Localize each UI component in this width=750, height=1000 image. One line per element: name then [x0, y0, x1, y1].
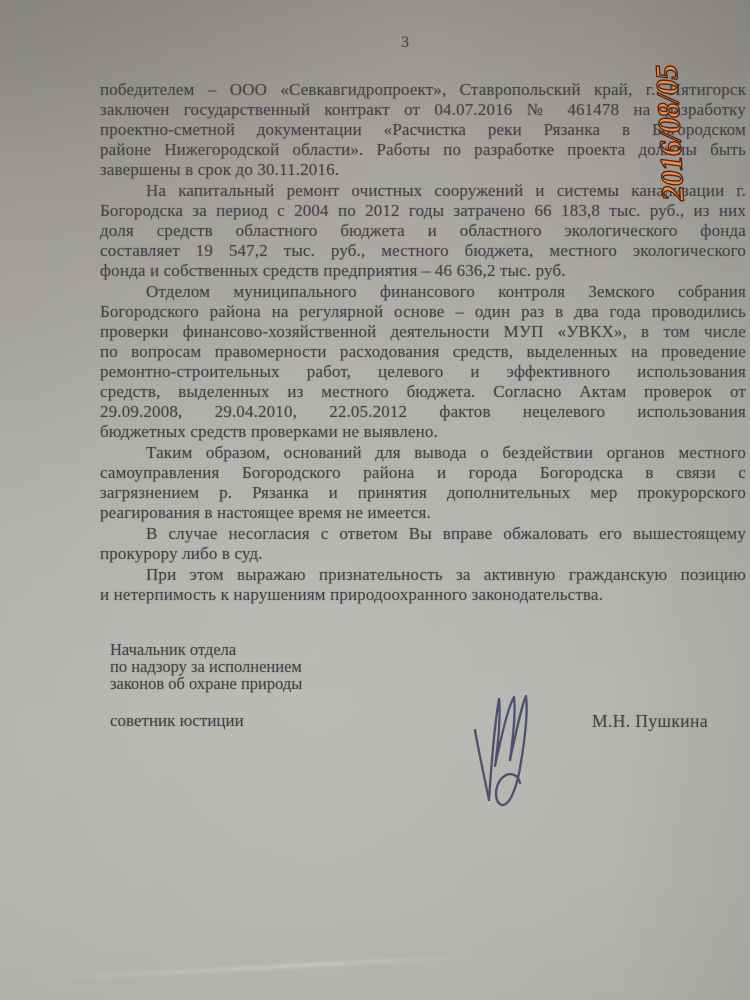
document-line: завершены в срок до 30.11.2016.: [100, 160, 746, 180]
document-line: фонда и собственных средств предприятия …: [100, 261, 746, 281]
document-line: загрязнением р. Рязанка и принятия допол…: [100, 483, 746, 503]
photo-of-document: { "photo": { "camera_timestamp": "2016/0…: [0, 0, 750, 1000]
paragraph: Таким образом, оснований для вывода о бе…: [100, 443, 746, 523]
document-line: самоуправления Богородского района и гор…: [100, 463, 746, 483]
document-line: доля средств областного бюджета и област…: [100, 221, 746, 241]
document-line: проверки финансово-хозяйственной деятель…: [100, 322, 746, 342]
document-line: Богородского района на регулярной основе…: [100, 302, 746, 322]
document-line: ремонтно-строительных работ, целевого и …: [100, 362, 746, 382]
signatory-position-line: по надзору за исполнением: [110, 658, 302, 675]
document-line: реагирования в настоящее время не имеетс…: [100, 503, 746, 523]
document-body: победителем – ООО «Севкавгидропроект», С…: [100, 80, 746, 606]
document-line: бюджетных средств проверками не выявлено…: [100, 422, 746, 442]
document-line: Отделом муниципального финансового контр…: [100, 282, 746, 302]
page-number: 3: [82, 34, 728, 52]
paper-crease: [42, 954, 482, 980]
paragraph: Отделом муниципального финансового контр…: [100, 282, 746, 442]
signatory-name: М.Н. Пушкина: [592, 711, 708, 732]
document-line: и нетерпимость к нарушениям природоохран…: [100, 585, 746, 605]
paragraph: В случае несогласия с ответом Вы вправе …: [100, 524, 746, 564]
signatory-position-line: Начальник отдела: [110, 641, 302, 658]
document-line: Таким образом, оснований для вывода о бе…: [100, 443, 746, 463]
document-line: На капитальный ремонт очистных сооружени…: [100, 181, 746, 201]
document-line: по вопросам правомерности расходования с…: [100, 342, 746, 362]
paragraph: При этом выражаю признательность за акти…: [100, 565, 746, 605]
document-line: При этом выражаю признательность за акти…: [100, 565, 746, 585]
signatory-position-block: Начальник отделапо надзору за исполнение…: [110, 641, 302, 692]
document-line: В случае несогласия с ответом Вы вправе …: [100, 524, 746, 544]
signatory-rank: советник юстиции: [110, 711, 244, 731]
document-line: Богородска за период с 2004 по 2012 годы…: [100, 201, 746, 221]
document-line: 29.09.2008, 29.04.2010, 22.05.2012 факто…: [100, 402, 746, 422]
document-line: составляет 19 547,2 тыс. руб., местного …: [100, 241, 746, 261]
handwritten-signature: [468, 686, 568, 814]
document-line: средств, выделенных из местного бюджета.…: [100, 382, 746, 402]
document-line: прокурору либо в суд.: [100, 544, 746, 564]
signatory-position-line: законов об охране природы: [110, 675, 302, 692]
camera-timestamp: 2016/08/05: [644, 42, 695, 224]
paragraph: На капитальный ремонт очистных сооружени…: [100, 181, 746, 281]
